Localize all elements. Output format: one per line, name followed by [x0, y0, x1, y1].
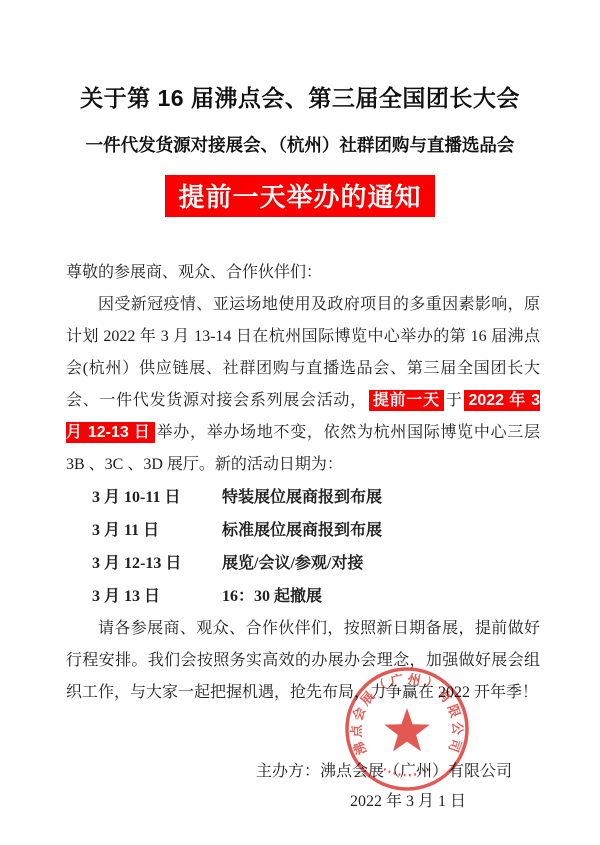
schedule-activity: 展览/会议/参观/对接	[222, 547, 540, 580]
schedule-row: 3 月 10-11 日 特装展位展商报到布展	[92, 481, 540, 514]
document-body: 尊敬的参展商、观众、合作伙伴们： 因受新冠疫情、亚运场地使用及政府项目的多重因素…	[66, 257, 540, 709]
host-line: 主办方：沸点会展（广州）有限公司	[0, 757, 600, 787]
schedule-row: 3 月 13 日 16：30 起撤展	[92, 580, 540, 613]
schedule-date: 3 月 12-13 日	[92, 547, 222, 580]
schedule-activity: 16：30 起撤展	[222, 580, 540, 613]
schedule-date: 3 月 11 日	[92, 514, 222, 547]
schedule-date: 3 月 10-11 日	[92, 481, 222, 514]
salutation: 尊敬的参展商、观众、合作伙伴们：	[66, 257, 540, 289]
schedule-activity: 特装展位展商报到布展	[222, 481, 540, 514]
document-title: 关于第 16 届沸点会、第三届全国团长大会	[0, 80, 600, 113]
advance-highlight: 提前一天	[369, 390, 444, 411]
issue-date: 2022 年 3 月 1 日	[0, 787, 600, 817]
star-icon	[384, 708, 430, 751]
document-subtitle: 一件代发货源对接展会、（杭州）社群团购与直播选品会	[0, 132, 600, 157]
schedule-row: 3 月 11 日 标准展位展商报到布展	[92, 514, 540, 547]
reason-connector: 于	[446, 392, 463, 409]
schedule-list: 3 月 10-11 日 特装展位展商报到布展 3 月 11 日 标准展位展商报到…	[92, 481, 540, 613]
schedule-date: 3 月 13 日	[92, 580, 222, 613]
notice-banner: 提前一天举办的通知	[165, 175, 434, 217]
banner-container: 提前一天举办的通知	[0, 175, 600, 217]
notice-document: 关于第 16 届沸点会、第三届全国团长大会 一件代发货源对接展会、（杭州）社群团…	[0, 0, 600, 845]
schedule-row: 3 月 12-13 日 展览/会议/参观/对接	[92, 547, 540, 580]
seal-serial-dots	[384, 769, 430, 775]
schedule-activity: 标准展位展商报到布展	[222, 514, 540, 547]
reason-paragraph: 因受新冠疫情、亚运场地使用及政府项目的多重因素影响，原计划 2022 年 3 月…	[66, 289, 540, 481]
company-seal: 沸点会展（广州）有限公司	[341, 663, 473, 795]
signature-block: 主办方：沸点会展（广州）有限公司 2022 年 3 月 1 日	[0, 757, 600, 817]
